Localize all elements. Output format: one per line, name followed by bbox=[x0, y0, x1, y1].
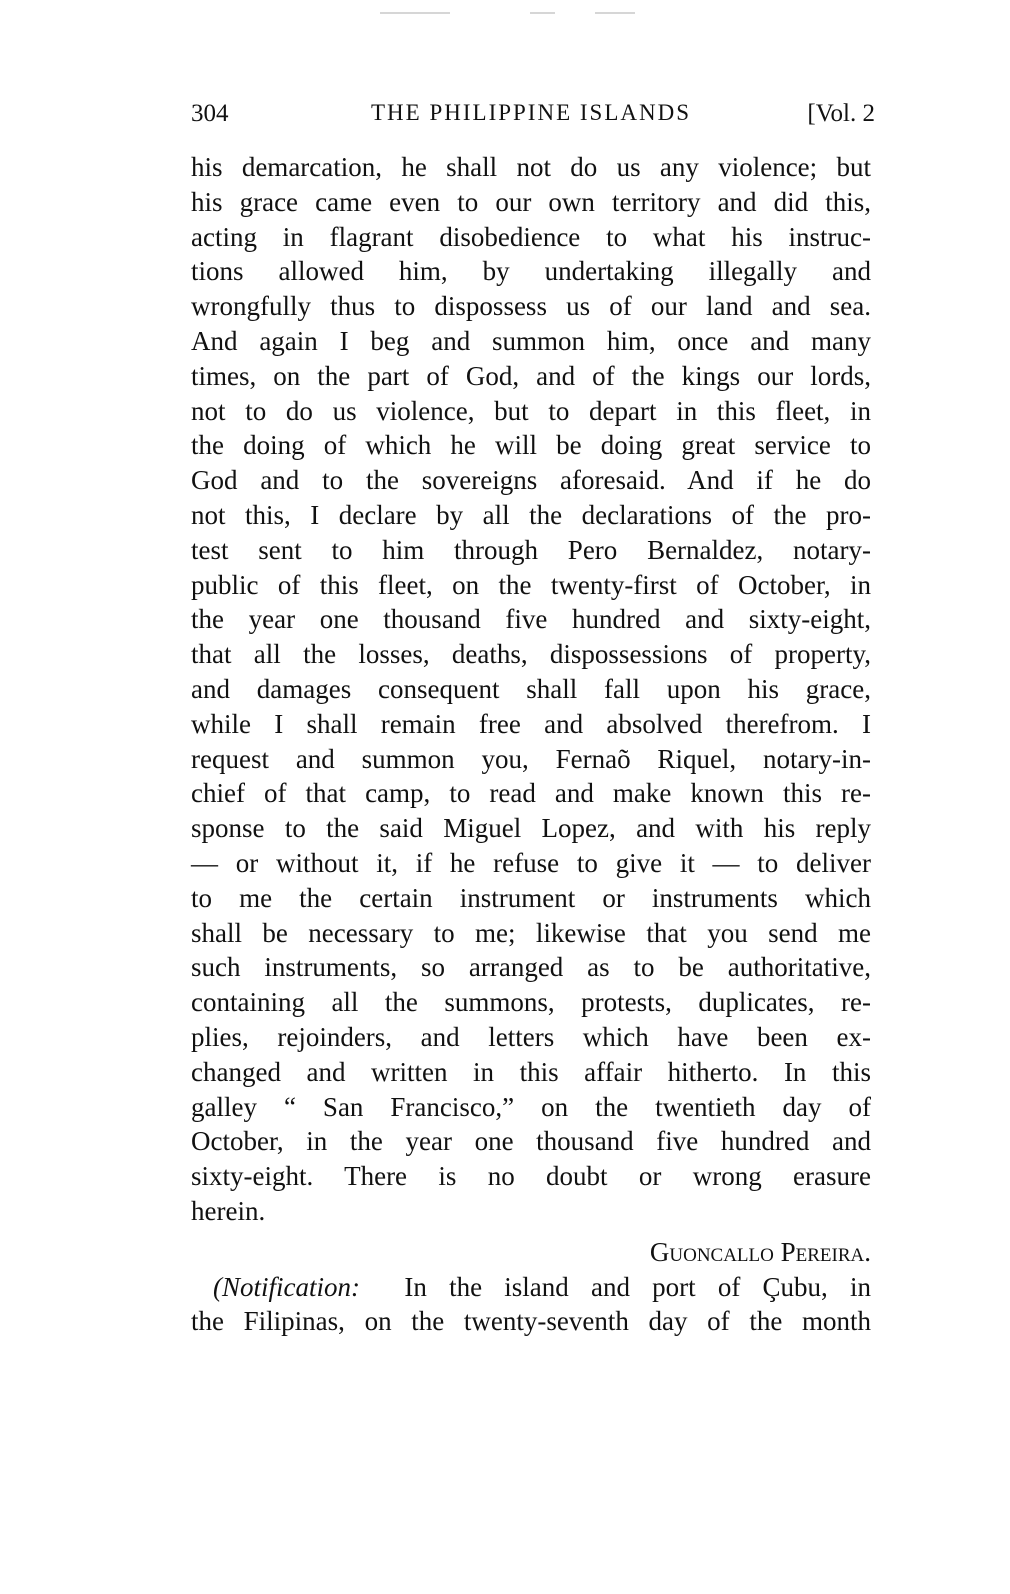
text-line: times, on the part of God, and of the ki… bbox=[191, 359, 871, 394]
page-body: his demarcation, he shall not do us any … bbox=[191, 150, 871, 1339]
text-line: tions allowed him, by undertaking illega… bbox=[191, 254, 871, 289]
text-line: acting in flagrant disobedience to what … bbox=[191, 220, 871, 255]
text-line: his grace came even to our own territory… bbox=[191, 185, 871, 220]
text-line: October, in the year one thousand five h… bbox=[191, 1124, 871, 1159]
text-line: chief of that camp, to read and make kno… bbox=[191, 776, 871, 811]
scan-artifact bbox=[530, 12, 555, 14]
text-line: the doing of which he will be doing grea… bbox=[191, 428, 871, 463]
text-line: test sent to him through Pero Bernaldez,… bbox=[191, 533, 871, 568]
text-line: not this, I declare by all the declarati… bbox=[191, 498, 871, 533]
text-line: sixty-eight. There is no doubt or wrong … bbox=[191, 1159, 871, 1194]
text-line: plies, rejoinders, and letters which hav… bbox=[191, 1020, 871, 1055]
text-line: God and to the sovereigns aforesaid. And… bbox=[191, 463, 871, 498]
text-line: galley “ San Francisco,” on the twentiet… bbox=[191, 1090, 871, 1125]
text-line: not to do us violence, but to depart in … bbox=[191, 394, 871, 429]
text-line: And again I beg and summon him, once and… bbox=[191, 324, 871, 359]
text-line: and damages consequent shall fall upon h… bbox=[191, 672, 871, 707]
text-line: shall be necessary to me; likewise that … bbox=[191, 916, 871, 951]
notification-text: In the island and port of Çubu, in bbox=[404, 1272, 871, 1302]
text-line: that all the losses, deaths, dispossessi… bbox=[191, 637, 871, 672]
notification-label: (Notification: bbox=[213, 1272, 360, 1302]
text-line: herein. bbox=[191, 1194, 871, 1229]
text-line: to me the certain instrument or instrume… bbox=[191, 881, 871, 916]
text-line: (Notification: In the island and port of… bbox=[191, 1270, 871, 1305]
text-line: request and summon you, Fernaõ Riquel, n… bbox=[191, 742, 871, 777]
running-title: THE PHILIPPINE ISLANDS bbox=[191, 100, 871, 126]
text-line: containing all the summons, protests, du… bbox=[191, 985, 871, 1020]
text-line: changed and written in this affair hithe… bbox=[191, 1055, 871, 1090]
text-line: wrongfully thus to dispossess us of our … bbox=[191, 289, 871, 324]
scan-artifact bbox=[380, 12, 450, 14]
text-line: his demarcation, he shall not do us any … bbox=[191, 150, 871, 185]
text-line: the year one thousand five hundred and s… bbox=[191, 602, 871, 637]
signature: Guoncallo Pereira. bbox=[191, 1235, 871, 1270]
text-line: public of this fleet, on the twenty-firs… bbox=[191, 568, 871, 603]
text-line: the Filipinas, on the twenty-seventh day… bbox=[191, 1304, 871, 1339]
volume-label: [Vol. 2 bbox=[807, 100, 875, 128]
notification-paragraph: (Notification: In the island and port of… bbox=[191, 1270, 871, 1340]
text-line: such instruments, so arranged as to be a… bbox=[191, 950, 871, 985]
text-line: — or without it, if he refuse to give it… bbox=[191, 846, 871, 881]
text-line: while I shall remain free and absolved t… bbox=[191, 707, 871, 742]
running-header: 304 THE PHILIPPINE ISLANDS [Vol. 2 bbox=[191, 100, 871, 136]
scan-artifact bbox=[595, 12, 635, 14]
text-line: sponse to the said Miguel Lopez, and wit… bbox=[191, 811, 871, 846]
